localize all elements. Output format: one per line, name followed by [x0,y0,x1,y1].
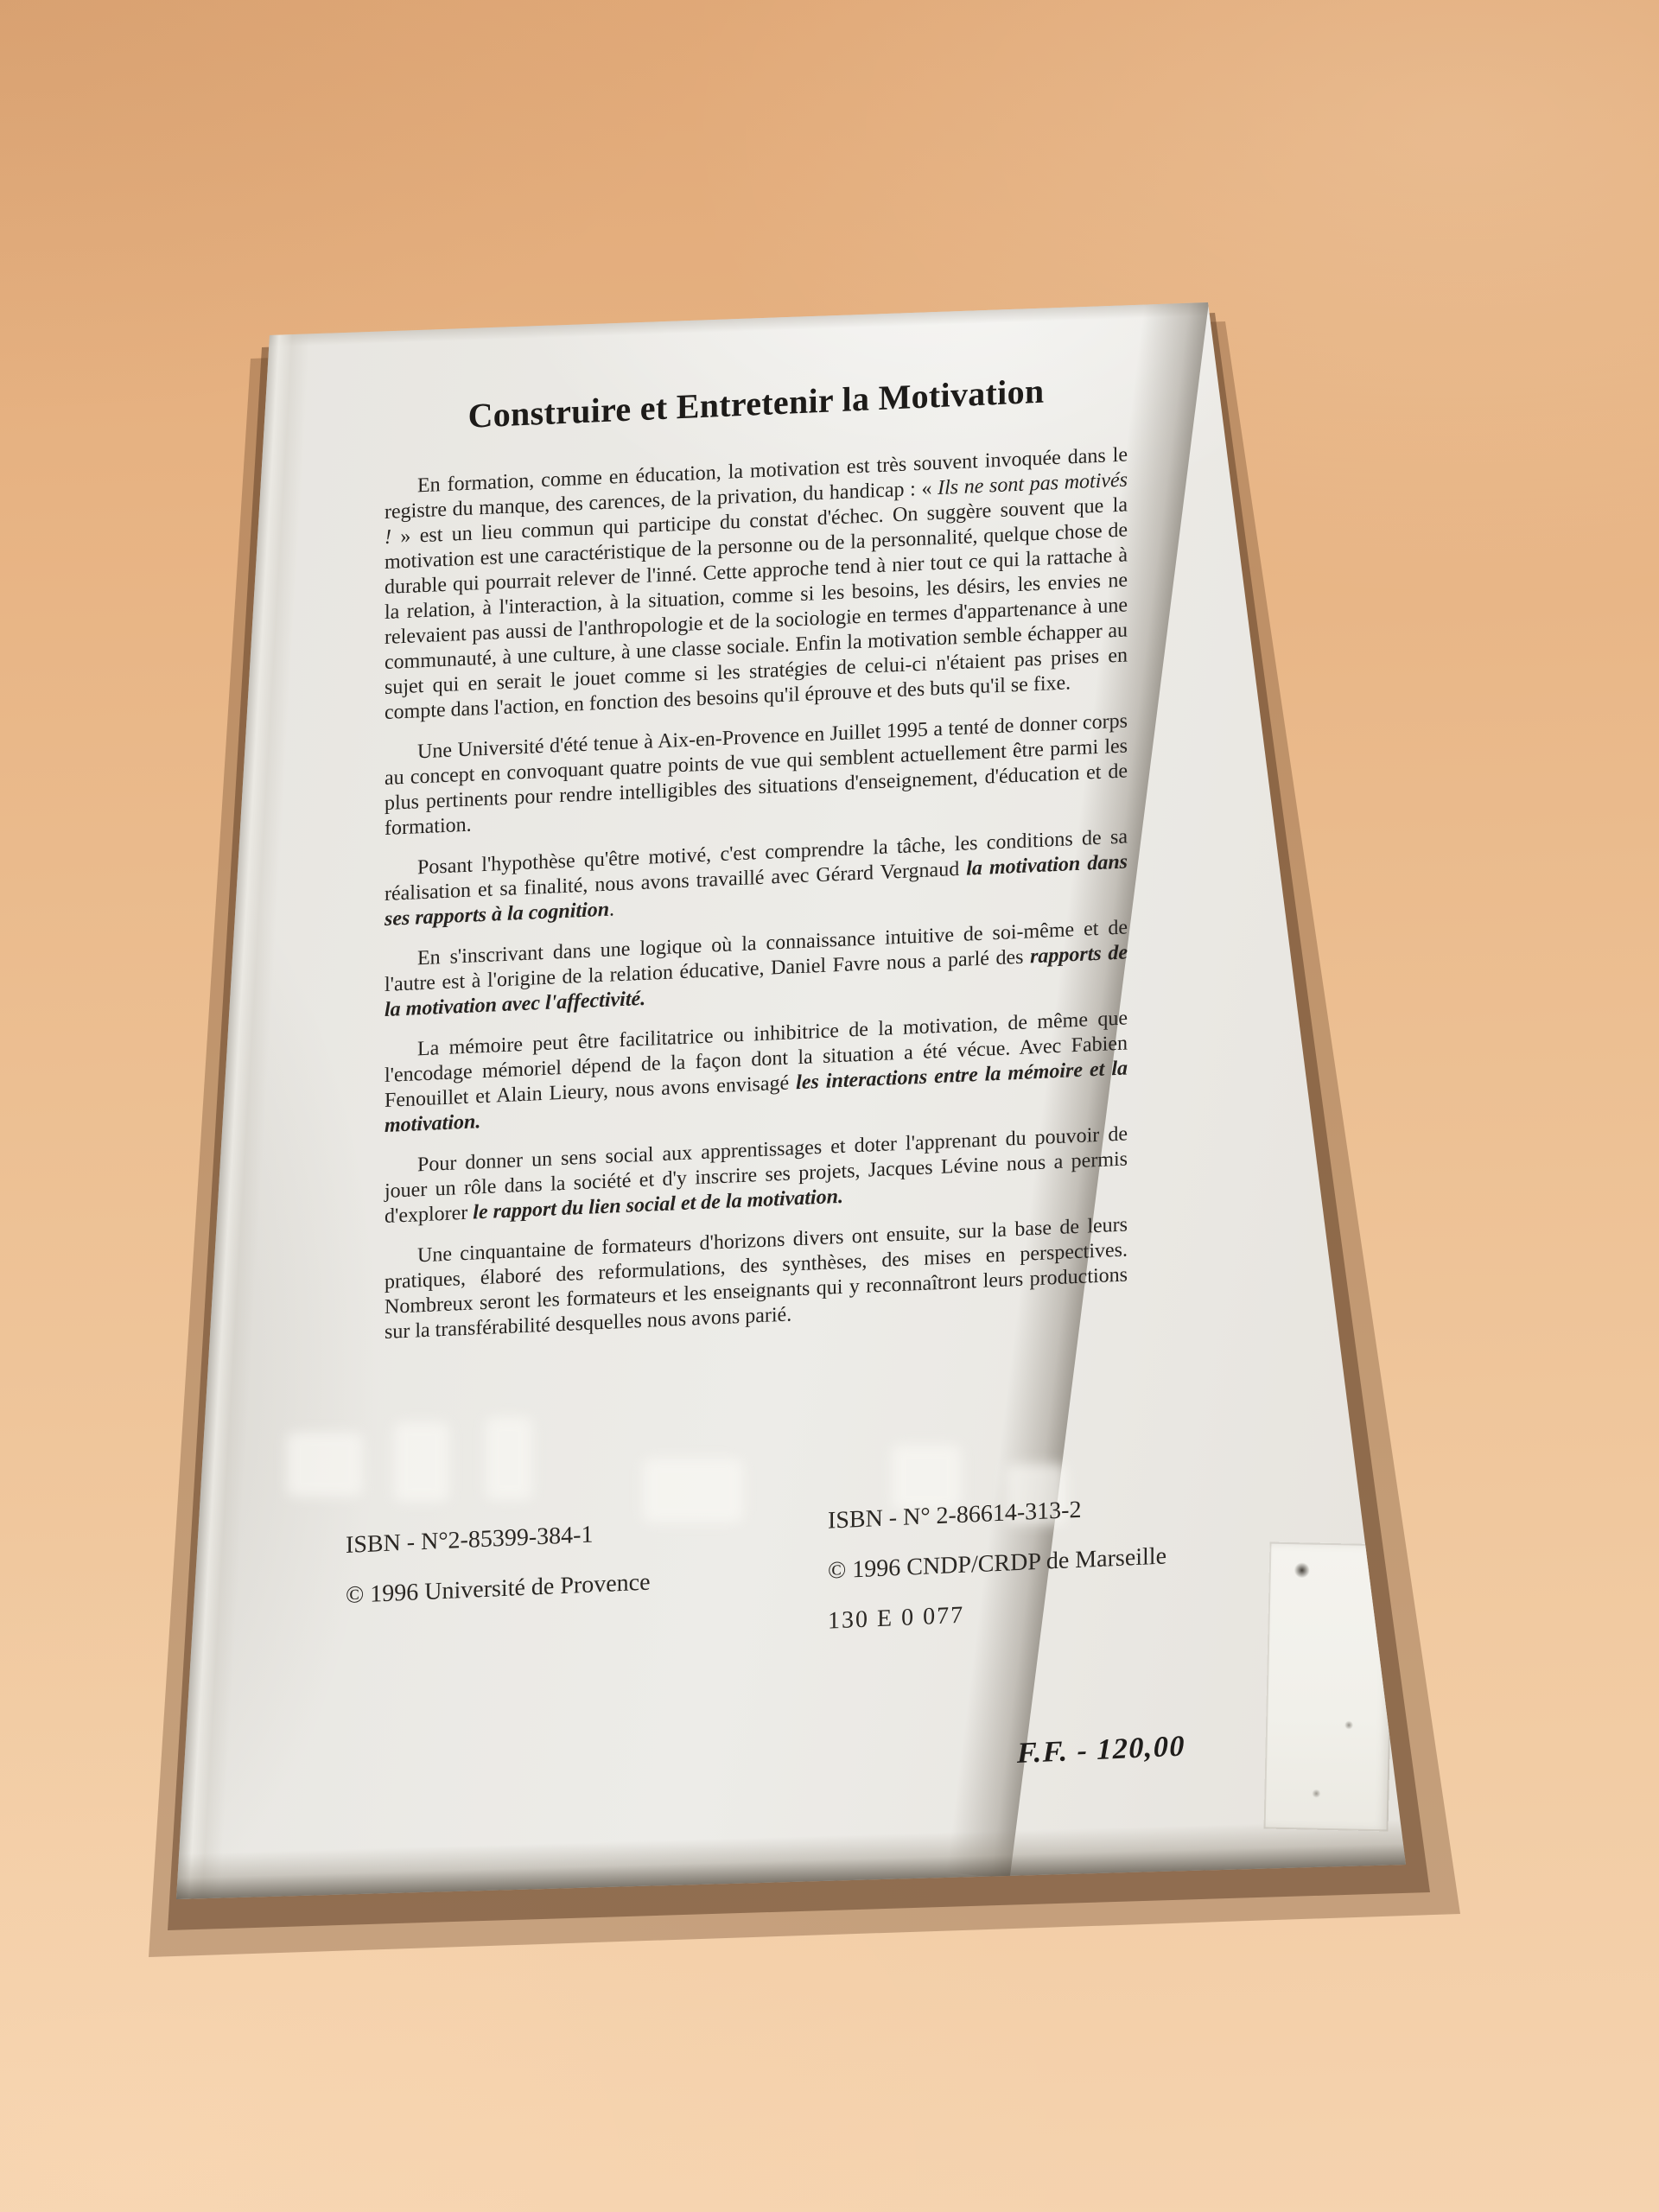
photo-background: Construire et Entretenir la Motivation E… [0,0,1659,2212]
imprint-left-column: ISBN - N°2-85399-384-1 © 1996 Université… [346,1514,760,1632]
blurb-paragraph: En s'inscrivant dans une logique où la c… [385,915,1128,1023]
catalog-code: 130 E 0 077 [828,1591,1208,1635]
copyright-right: © 1996 CNDP/CRDP de Marseille [828,1541,1208,1585]
blurb-paragraph: Pour donner un sens social aux apprentis… [385,1122,1128,1230]
imprint-block: ISBN - N°2-85399-384-1 © 1996 Université… [346,1493,1158,1529]
copyright-left: © 1996 Université de Provence [346,1564,760,1610]
text-segment: Une Université d'été tenue à Aix-en-Prov… [385,709,1128,840]
isbn-left: ISBN - N°2-85399-384-1 [346,1514,760,1560]
cover-content: Construire et Entretenir la Motivation E… [346,365,1158,2043]
blurb-paragraph: Une Université d'été tenue à Aix-en-Prov… [385,709,1128,842]
blurb-paragraph: En formation, comme en éducation, la mot… [385,442,1128,726]
imprint-right-column: ISBN - N° 2-86614-313-2 © 1996 CNDP/CRDP… [828,1491,1208,1657]
blurb-paragraph: Posant l'hypothèse qu'être motivé, c'est… [385,824,1128,932]
text-segment: » est un lieu commun qui participe du co… [385,493,1128,724]
top-edge-shading [259,293,1218,347]
price-text: F.F. - 120,00 [1017,1731,1185,1771]
isbn-right: ISBN - N° 2-86614-313-2 [828,1491,1208,1535]
text-segment: Une cinquantaine de formateurs d'horizon… [385,1213,1128,1344]
book-title: Construire et Entretenir la Motivation [385,366,1128,441]
blurb-paragraph: La mémoire peut être facilitatrice ou in… [385,1006,1128,1139]
blurb-paragraph: Une cinquantaine de formateurs d'horizon… [385,1212,1128,1345]
text-segment: La mémoire peut être facilitatrice ou in… [385,1007,1128,1112]
blurb-paragraphs: En formation, comme en éducation, la mot… [385,442,1128,1345]
text-segment: En s'inscrivant dans une logique où la c… [385,916,1128,996]
text-segment: . [609,898,614,920]
